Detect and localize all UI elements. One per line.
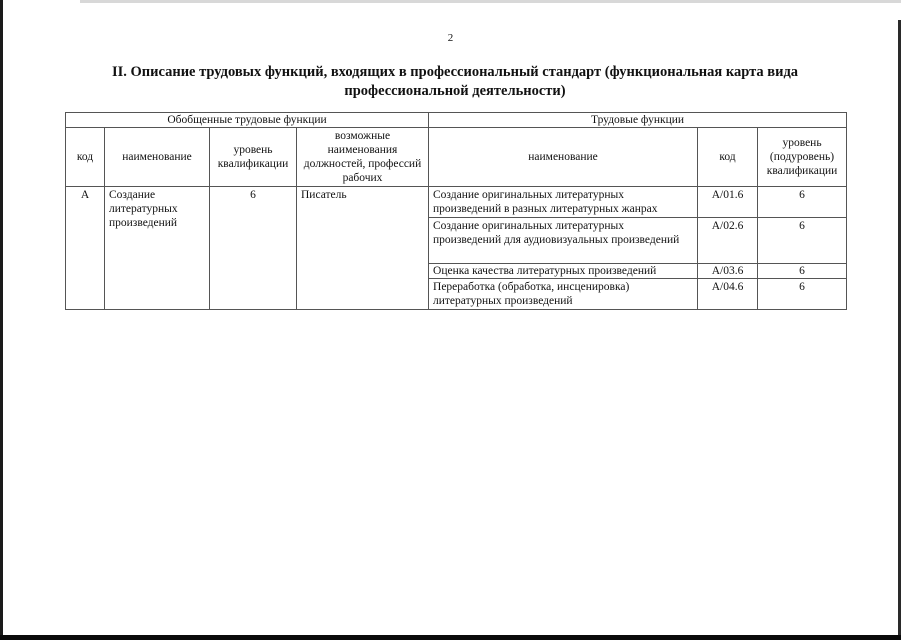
header-tf-name: наименование [429,128,698,187]
tf-name-cell: Переработка (обработка, инсценировка) ли… [429,279,698,310]
section-title: II. Описание трудовых функций, входящих … [70,63,840,101]
header-gen-positions: возможные наименования должностей, профе… [297,128,429,187]
header-tf-level: уровень (подуровень) квалификации [758,128,847,187]
scan-edge-left [0,0,3,640]
tf-name-cell: Создание оригинальных литературных произ… [429,187,698,218]
tf-name-cell: Оценка качества литературных произведени… [429,264,698,279]
gen-level-cell: 6 [210,187,297,310]
header-labor-functions: Трудовые функции [429,113,847,128]
header-gen-name: наименование [105,128,210,187]
tf-code-cell: A/01.6 [698,187,758,218]
tf-level-cell: 6 [758,264,847,279]
page-number: 2 [0,32,901,44]
gen-name-cell: Создание литературных произведений [105,187,210,310]
tf-code-cell: A/04.6 [698,279,758,310]
tf-level-cell: 6 [758,218,847,264]
functional-map-table: Обобщенные трудовые функции Трудовые фун… [65,112,847,310]
tf-code-cell: A/03.6 [698,264,758,279]
gen-code-cell: А [66,187,105,310]
tf-level-cell: 6 [758,187,847,218]
scan-edge-top [80,0,901,3]
tf-code-cell: A/02.6 [698,218,758,264]
header-tf-code: код [698,128,758,187]
header-gen-code: код [66,128,105,187]
group-header-row: Обобщенные трудовые функции Трудовые фун… [66,113,847,128]
tf-level-cell: 6 [758,279,847,310]
header-generalized-functions: Обобщенные трудовые функции [66,113,429,128]
table-row: А Создание литературных произведений 6 П… [66,187,847,218]
header-gen-level: уровень квалификации [210,128,297,187]
column-header-row: код наименование уровень квалификации во… [66,128,847,187]
gen-positions-cell: Писатель [297,187,429,310]
tf-name-cell: Создание оригинальных литературных произ… [429,218,698,264]
scan-edge-bottom [0,635,901,640]
